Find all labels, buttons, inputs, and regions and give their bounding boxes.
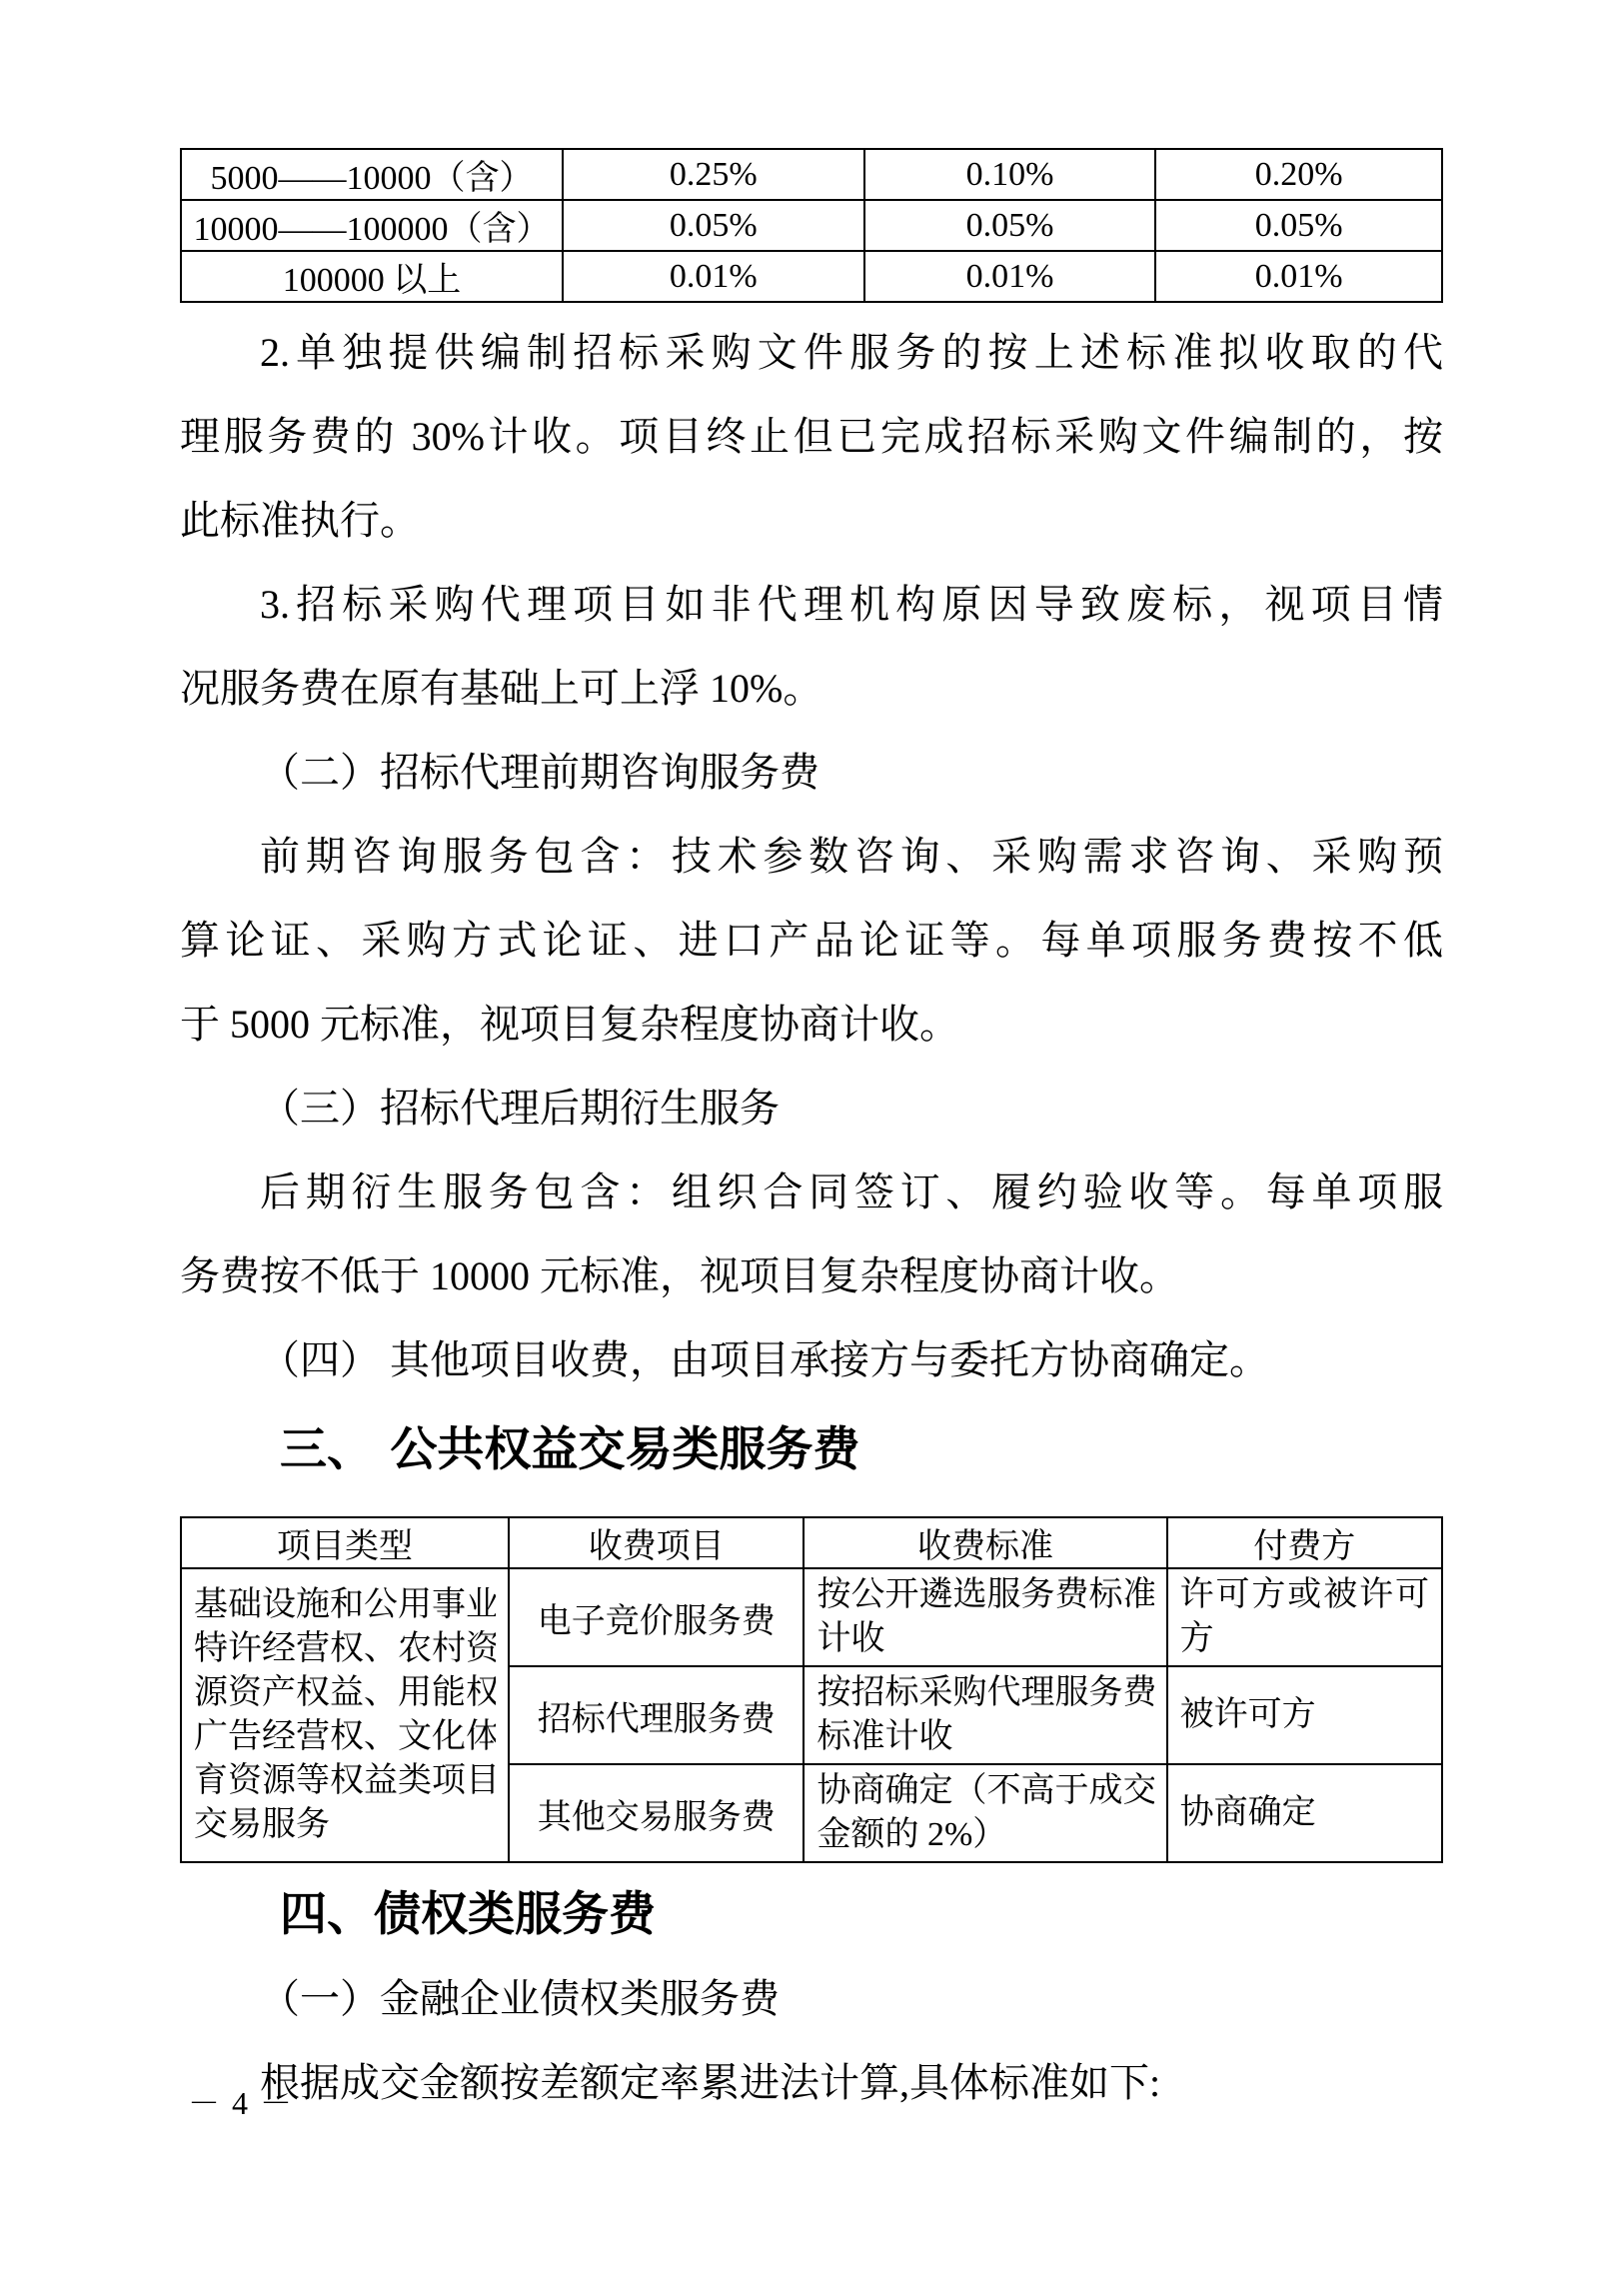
rate-cell: 0.05% [864,200,1156,251]
rate-cell: 0.01% [1155,251,1442,302]
standard-line: 按招标采购代理服务费 [816,1671,1153,1715]
sub-heading-line: （一）金融企业债权类服务费 [180,1957,1443,2041]
rate-cell: 0.20% [1155,149,1442,200]
standard-line: 按公开遴选服务费标准 [816,1573,1153,1617]
rate-cell: 0.01% [563,251,864,302]
standard-line: 标准计收 [816,1715,1153,1759]
range-cell: 100000 以上 [181,251,563,302]
body-text-line: 3.招标采购代理项目如非代理机构原因导致废标，视项目情 [180,563,1443,647]
section-four-heading: 四、债权类服务费 [180,1873,1443,1957]
payer-line: 方 [1180,1617,1429,1661]
table-row: 100000 以上 0.01% 0.01% 0.01% [181,251,1442,302]
charge-standard-cell: 按招标采购代理服务费 标准计收 [804,1666,1166,1764]
project-type-line: 交易服务 [194,1803,496,1847]
body-text-line: 此标准执行。 [180,479,1443,563]
rate-cell: 0.05% [563,200,864,251]
project-type-line: 基础设施和公用事业 [194,1583,496,1627]
rate-cell: 0.05% [1155,200,1442,251]
project-type-line: 源资产权益、用能权、 [194,1671,496,1715]
charge-item-cell: 其他交易服务费 [509,1764,804,1862]
charge-item-cell: 电子竞价服务费 [509,1568,804,1666]
body-text-line: （四） 其他项目收费，由项目承接方与委托方协商确定。 [180,1318,1443,1402]
range-cell: 10000——100000（含） [181,200,563,251]
sub-heading-line: （二）招标代理前期咨询服务费 [180,731,1443,815]
table-row: 5000——10000（含） 0.25% 0.10% 0.20% [181,149,1442,200]
project-type-line: 育资源等权益类项目 [194,1759,496,1803]
rate-cell: 0.25% [563,149,864,200]
payer-cell: 许可方或被许可 方 [1167,1568,1442,1666]
fee-rate-table: 5000——10000（含） 0.25% 0.10% 0.20% 10000——… [180,148,1443,303]
payer-line: 被许可方 [1180,1693,1429,1737]
page-number: － 4 － [188,2085,294,2121]
project-type-line: 特许经营权、农村资 [194,1627,496,1671]
table-row: 10000——100000（含） 0.05% 0.05% 0.05% [181,200,1442,251]
rate-cell: 0.01% [864,251,1156,302]
standard-line: 计收 [816,1617,1153,1661]
payer-line: 协商确定 [1180,1791,1429,1835]
body-text-line: 后期衍生服务包含：组织合同签订、履约验收等。每单项服 [180,1150,1443,1234]
body-text-line: 于 5000 元标准，视项目复杂程度协商计收。 [180,983,1443,1067]
column-header: 收费标准 [804,1517,1166,1568]
project-type-cell: 基础设施和公用事业 特许经营权、农村资 源资产权益、用能权、 广告经营权、文化体… [181,1568,509,1862]
body-text-line: 算论证、采购方式论证、进口产品论证等。每单项服务费按不低 [180,899,1443,983]
body-text-line: 根据成交金额按差额定率累进法计算,具体标准如下: [180,2041,1443,2125]
body-text-line: 况服务费在原有基础上可上浮 10%。 [180,647,1443,731]
range-cell: 5000——10000（含） [181,149,563,200]
rate-cell: 0.10% [864,149,1156,200]
payer-cell: 被许可方 [1167,1666,1442,1764]
charge-item-cell: 招标代理服务费 [509,1666,804,1764]
column-header: 项目类型 [181,1517,509,1568]
column-header: 收费项目 [509,1517,804,1568]
body-text-line: 2.单独提供编制招标采购文件服务的按上述标准拟收取的代 [180,311,1443,395]
project-type-line: 广告经营权、文化体 [194,1715,496,1759]
section-three-heading: 三、 公共权益交易类服务费 [180,1408,1443,1492]
standard-line: 金额的 2%） [816,1813,1153,1857]
table-header-row: 项目类型 收费项目 收费标准 付费方 [181,1517,1442,1568]
content-area: 5000——10000（含） 0.25% 0.10% 0.20% 10000——… [180,148,1443,2125]
body-text-line: 务费按不低于 10000 元标准，视项目复杂程度协商计收。 [180,1234,1443,1318]
payer-line: 许可方或被许可 [1180,1573,1429,1617]
body-text: 2.单独提供编制招标采购文件服务的按上述标准拟收取的代 理服务费的 30%计收。… [180,311,1443,1402]
sub-heading-line: （三）招标代理后期衍生服务 [180,1067,1443,1150]
charge-standard-cell: 按公开遴选服务费标准 计收 [804,1568,1166,1666]
column-header: 付费方 [1167,1517,1442,1568]
table-row: 基础设施和公用事业 特许经营权、农村资 源资产权益、用能权、 广告经营权、文化体… [181,1568,1442,1666]
standard-line: 协商确定（不高于成交 [816,1769,1153,1813]
body-text-line: 理服务费的 30%计收。项目终止但已完成招标采购文件编制的，按 [180,395,1443,479]
body-text-line: 前期咨询服务包含：技术参数咨询、采购需求咨询、采购预 [180,815,1443,899]
document-page: 5000——10000（含） 0.25% 0.10% 0.20% 10000——… [0,0,1621,2296]
rights-trading-table: 项目类型 收费项目 收费标准 付费方 基础设施和公用事业 特许经营权、农村资 源… [180,1516,1443,1863]
charge-standard-cell: 协商确定（不高于成交 金额的 2%） [804,1764,1166,1862]
payer-cell: 协商确定 [1167,1764,1442,1862]
